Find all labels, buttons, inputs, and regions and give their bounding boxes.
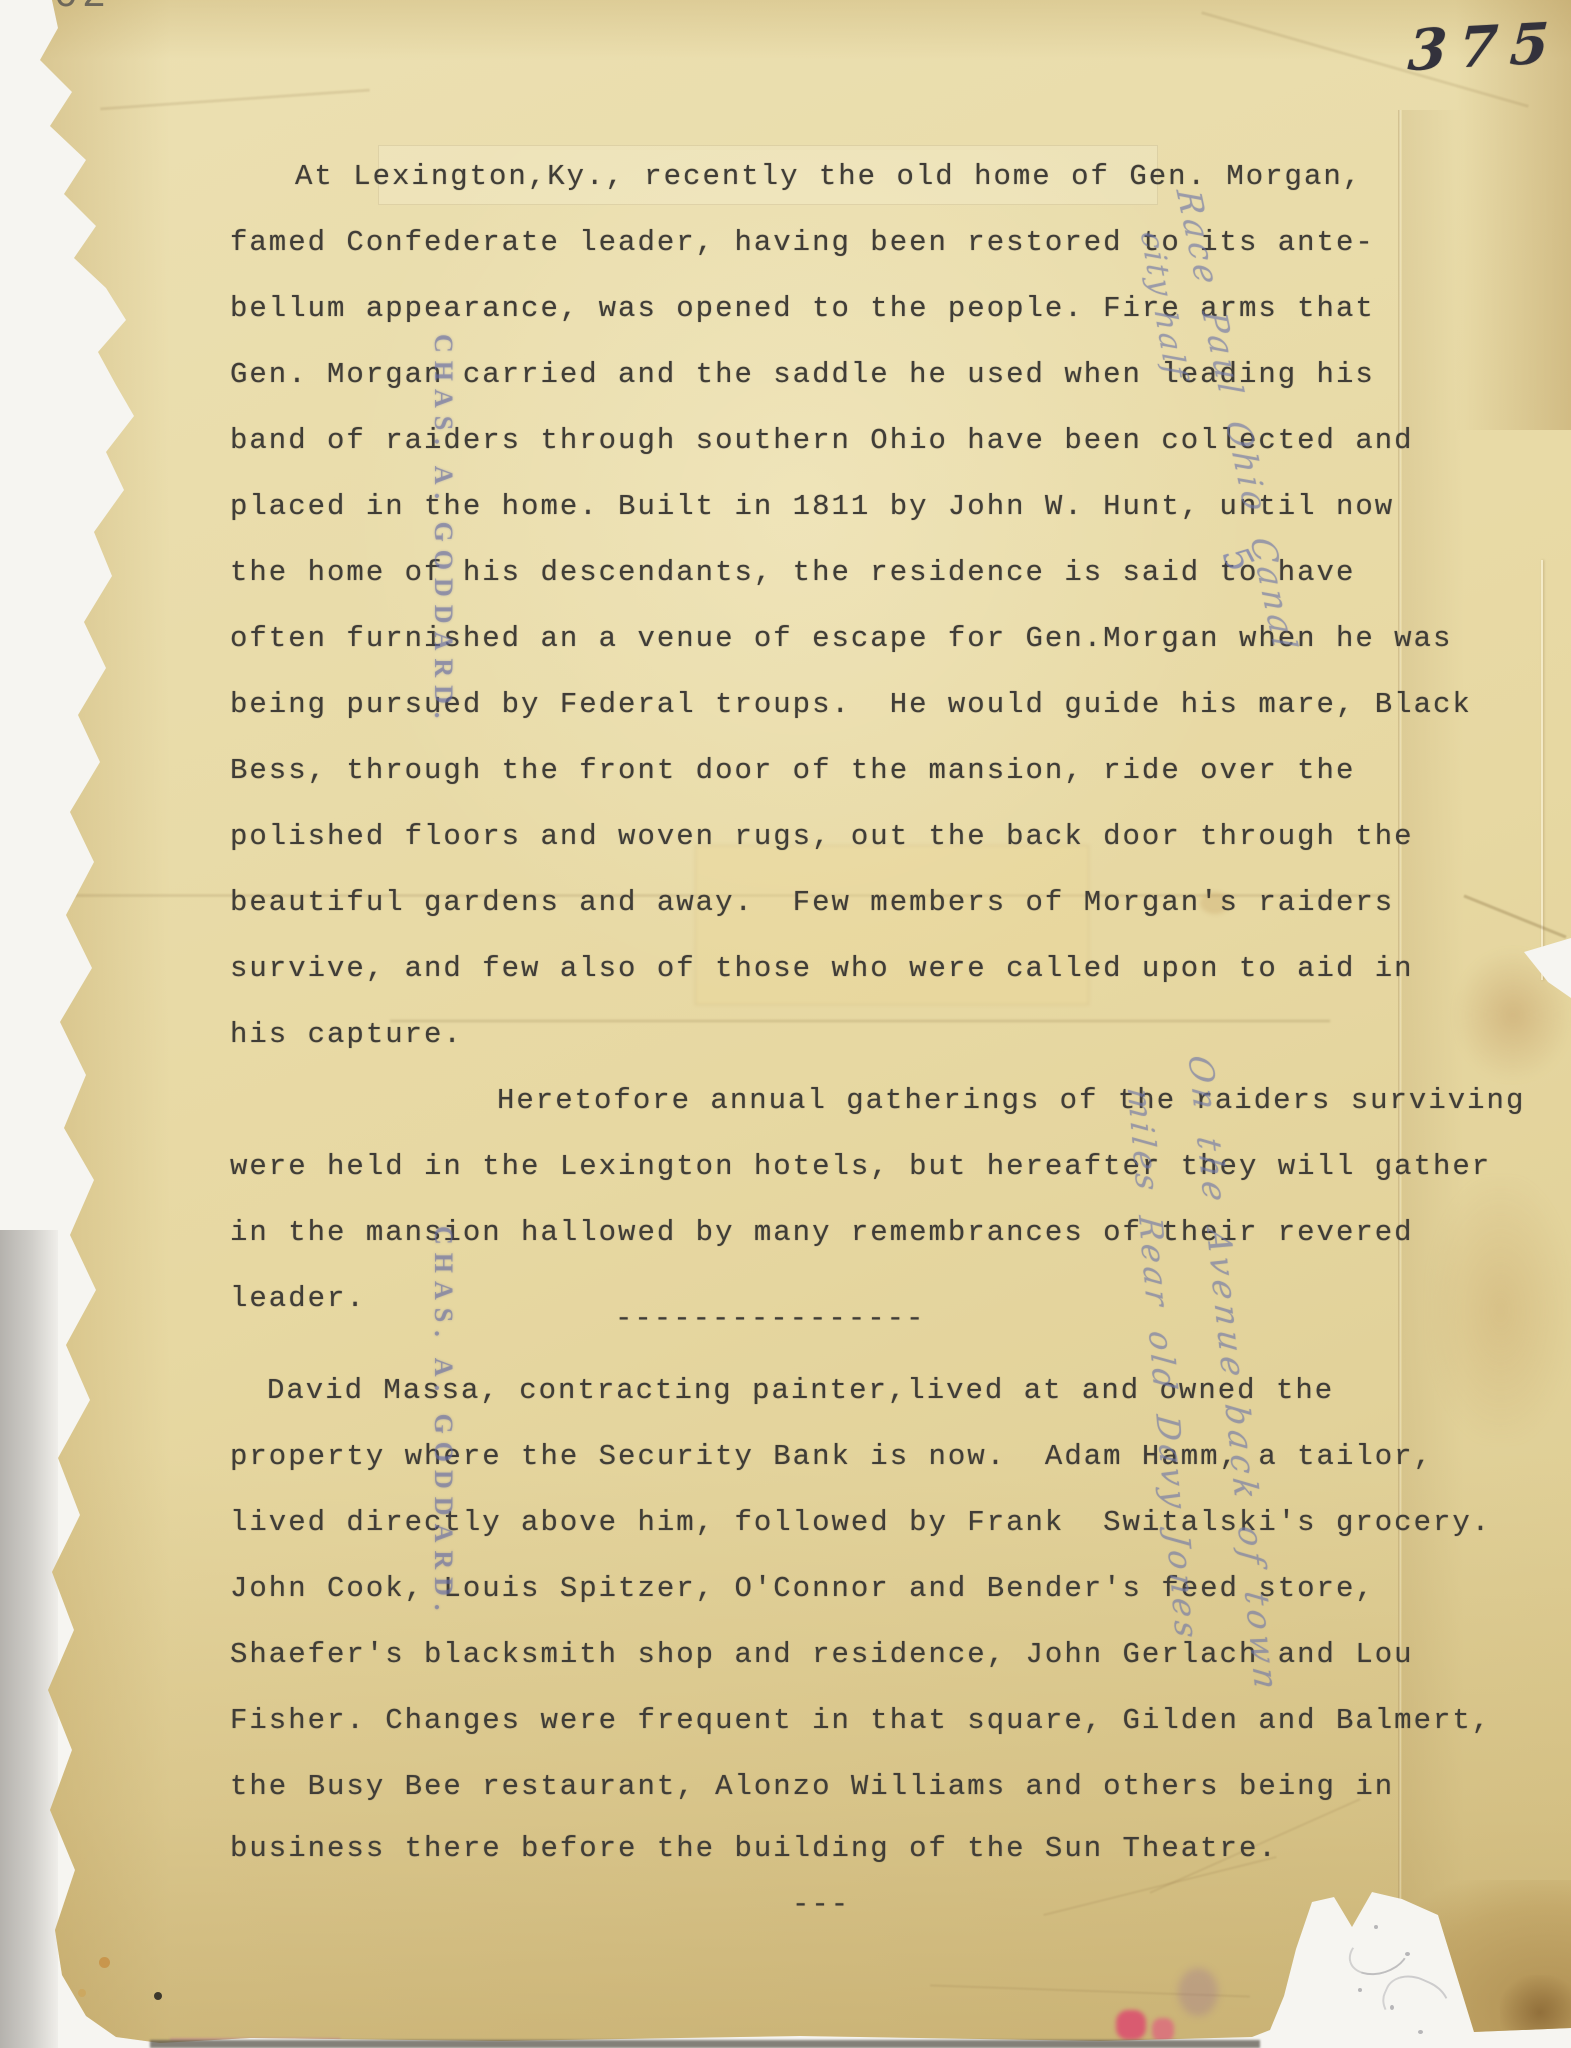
right-tear-crease bbox=[1463, 895, 1566, 939]
ownership-stamp: CHAS. A. GODDARD. bbox=[428, 334, 458, 726]
bottom-right-dark-stain bbox=[1500, 1975, 1571, 2048]
right-edge-stain bbox=[1455, 950, 1571, 1080]
typed-line: Fisher. Changes were frequent in that sq… bbox=[230, 1704, 1491, 1737]
typed-line: placed in the home. Built in 1811 by Joh… bbox=[230, 490, 1394, 523]
typed-end-dashes: --- bbox=[792, 1888, 850, 1921]
scan-edge-shadow bbox=[150, 2040, 1260, 2048]
paper-bottom-shading bbox=[0, 1450, 1571, 2048]
scanned-document-page: 302 375 At Lexington,Ky., recently the o… bbox=[0, 0, 1571, 2048]
purple-smudge bbox=[1178, 1968, 1218, 2016]
fox-spot bbox=[78, 1989, 86, 1997]
vertical-fold-shading bbox=[1402, 110, 1464, 2040]
typed-line: Shaefer's blacksmith shop and residence,… bbox=[230, 1638, 1414, 1671]
fox-spot bbox=[99, 1957, 110, 1968]
fox-spot bbox=[56, 272, 70, 284]
pencil-speck bbox=[1358, 1988, 1362, 1992]
ink-speck bbox=[154, 1992, 162, 2000]
typed-line: the home of his descendants, the residen… bbox=[230, 556, 1355, 589]
vertical-fold-crease bbox=[1398, 110, 1401, 2040]
typed-line: At Lexington,Ky., recently the old home … bbox=[295, 160, 1362, 193]
typed-line: the Busy Bee restaurant, Alonzo Williams… bbox=[230, 1770, 1394, 1803]
pencil-speck bbox=[1405, 1952, 1410, 1956]
typed-line: being pursued by Federal troups. He woul… bbox=[230, 688, 1472, 721]
pencil-speck bbox=[1390, 2005, 1394, 2010]
ownership-stamp: CHAS. A. GODDARD. bbox=[428, 1226, 458, 1618]
typed-line: polished floors and woven rugs, out the … bbox=[230, 820, 1414, 853]
typed-line: Gen. Morgan carried and the saddle he us… bbox=[230, 358, 1375, 391]
faint-impression-line bbox=[390, 1020, 1330, 1022]
typed-line: John Cook, Louis Spitzer, O'Connor and B… bbox=[230, 1572, 1375, 1605]
pink-mark bbox=[1116, 2010, 1146, 2040]
typed-line: beautiful gardens and away. Few members … bbox=[230, 886, 1394, 919]
typed-separator-dashes: ---------------- bbox=[615, 1302, 925, 1335]
previous-page-number-partial: 302 bbox=[26, 0, 110, 19]
typed-line: his capture. bbox=[230, 1018, 463, 1051]
typed-line: were held in the Lexington hotels, but h… bbox=[230, 1150, 1491, 1183]
pink-mark bbox=[1152, 2018, 1174, 2042]
scan-background-book-edge bbox=[0, 1230, 58, 2048]
typed-line: survive, and few also of those who were … bbox=[230, 952, 1414, 985]
pencil-scribble bbox=[1374, 1966, 1457, 2041]
right-edge-crease bbox=[1541, 560, 1543, 980]
typed-line: business there before the building of th… bbox=[230, 1832, 1278, 1865]
typed-line: Bess, through the front door of the mans… bbox=[230, 754, 1355, 787]
typed-line: leader. bbox=[230, 1282, 366, 1315]
fox-spot bbox=[84, 684, 93, 693]
paper-sheet: 302 375 At Lexington,Ky., recently the o… bbox=[0, 0, 1571, 2048]
typed-line: lived directly above him, followed by Fr… bbox=[230, 1506, 1491, 1539]
pencil-speck bbox=[1374, 1925, 1378, 1929]
handwritten-page-number: 375 bbox=[1406, 10, 1562, 84]
pencil-speck bbox=[1418, 2030, 1423, 2034]
typed-line: Heretofore annual gatherings of the raid… bbox=[497, 1084, 1525, 1117]
